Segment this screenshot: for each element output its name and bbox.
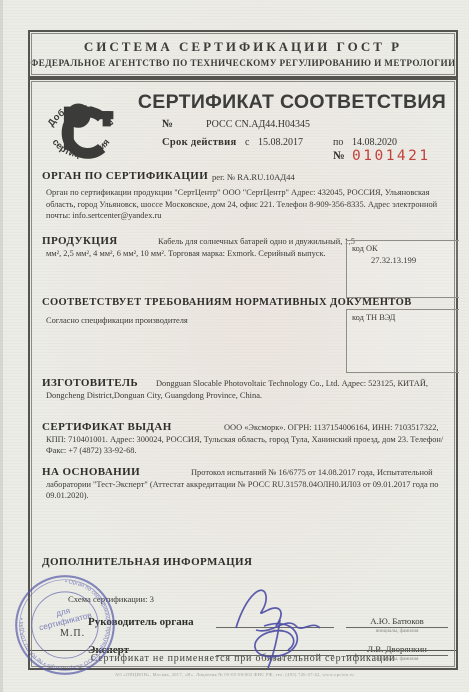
basis-section-text: Протокол испытаний № 16/6775 от 14.08.20… [46,467,448,502]
product-section-text: Кабель для солнечных батарей одно и двуж… [46,236,364,259]
agency-title: ФЕДЕРАЛЬНОЕ АГЕНТСТВО ПО ТЕХНИЧЕСКОМУ РЕ… [30,58,456,68]
ok-code-value: 27.32.13.199 [371,255,416,265]
valid-from-label: с [245,137,249,148]
valid-to-label: по [333,137,343,148]
certificate-body: Добровольная сертификация СЕРТИФИКАТ СОО… [28,78,458,670]
blank-number: 0101421 [352,148,431,164]
expert-signature-ink [230,618,320,670]
org-section-label: ОРГАН ПО СЕРТИФИКАЦИИ [42,170,208,182]
cert-number-sign: № [162,118,173,130]
system-title: СИСТЕМА СЕРТИФИКАЦИИ ГОСТ Р [30,39,456,55]
valid-from-date: 15.08.2017 [258,137,303,148]
validity-label: Срок действия [162,137,237,148]
certificate-title: СЕРТИФИКАТ СООТВЕТСТВИЯ [132,91,452,114]
tnved-code-label: код ТН ВЭД [352,313,395,322]
manufacturer-section-text: Dongguan Slocable Photovoltaic Technolog… [46,378,452,401]
conformity-section-text: Согласно спецификации производителя [46,315,336,327]
scanned-certificate-page: СИСТЕМА СЕРТИФИКАЦИИ ГОСТ Р ФЕДЕРАЛЬНОЕ … [0,0,469,692]
ok-code-box: код ОК 27.32.13.199 [346,240,459,298]
rst-logo-icon: Добровольная сертификация [36,85,126,175]
header-box: СИСТЕМА СЕРТИФИКАЦИИ ГОСТ Р ФЕДЕРАЛЬНОЕ … [28,30,458,78]
blank-number-sign: № [333,150,345,162]
ok-code-label: код ОК [352,244,378,253]
tnved-code-box: код ТН ВЭД [346,309,459,373]
cert-number: РОСС CN.АД44.Н04345 [206,119,310,130]
head-name-caption: инициалы, фамилия [346,629,448,634]
org-reg-number: рег. № RA.RU.10АД44 [212,172,295,182]
head-name: А.Ю. Батюков [346,616,448,628]
issued-to-section-text: ООО «Эксморк». ОГРН: 1137154006164, ИНН:… [46,422,454,457]
conformity-section-label: СООТВЕТСТВУЕТ ТРЕБОВАНИЯМ НОРМАТИВНЫХ ДО… [42,297,412,308]
round-ink-stamp: • Орган по сертификации продукции • ООО … [4,564,126,686]
valid-to-date: 14.08.2020 [352,137,397,148]
org-section-text: Орган по сертификации продукции "СертЦен… [46,187,448,222]
